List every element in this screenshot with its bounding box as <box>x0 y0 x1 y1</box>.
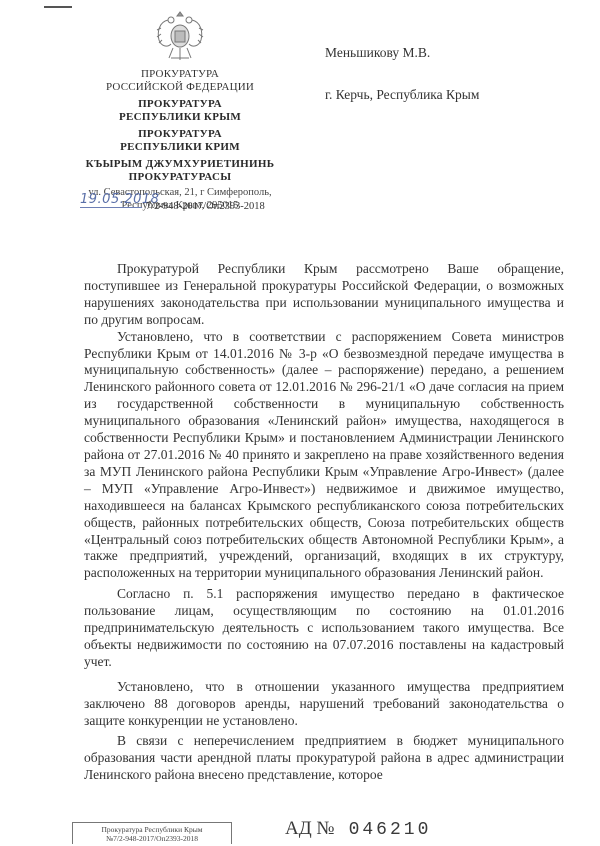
stamp-line: №7/2-948-2017/Оп2393-2018 <box>73 834 231 843</box>
org-line-bold: ПРОКУРАТУРА <box>70 128 290 141</box>
serial-number: 046210 <box>349 820 432 840</box>
form-serial: АД №046210 <box>285 818 431 840</box>
date-underline <box>80 207 142 208</box>
stamp-line: Прокуратура Республики Крым <box>73 825 231 834</box>
body-paragraph: Установлено, что в соответствии с распор… <box>84 329 564 583</box>
recipient-block: Меньшикову М.В. г. Керчь, Республика Кры… <box>325 44 479 104</box>
registration-block: 19.05.2018 7/2-948-2017/Оп2393-2018 <box>80 192 320 222</box>
org-line: РОССИЙСКОЙ ФЕДЕРАЦИИ <box>70 81 290 94</box>
recipient-city: г. Керчь, Республика Крым <box>325 86 479 104</box>
recipient-name: Меньшикову М.В. <box>325 44 479 62</box>
org-line-bold: РЕСПУБЛИКИ КРИМ <box>70 141 290 154</box>
serial-prefix: АД № <box>285 818 335 839</box>
body-paragraph: В связи с неперечислением предприятием в… <box>84 733 564 784</box>
body-paragraph: Согласно п. 5.1 распоряжения имущество п… <box>84 586 564 671</box>
body-paragraph: Прокуратурой Республики Крым рассмотрено… <box>84 261 564 329</box>
org-line: ПРОКУРАТУРА <box>70 68 290 81</box>
org-line-bold: ПРОКУРАТУРАСЫ <box>70 171 290 184</box>
org-line-bold: РЕСПУБЛИКИ КРЫМ <box>70 111 290 124</box>
body-paragraph: Установлено, что в отношении указанного … <box>84 679 564 730</box>
org-line-bold: КЪЫРЫМ ДЖУМХУРИЕТИНИНЬ <box>70 158 290 171</box>
letterhead: ПРОКУРАТУРА РОССИЙСКОЙ ФЕДЕРАЦИИ ПРОКУРА… <box>70 8 290 212</box>
double-headed-eagle-emblem-icon <box>153 8 207 64</box>
scan-mark-line <box>44 6 72 8</box>
reference-number: 7/2-948-2017/Оп2393-2018 <box>146 201 265 212</box>
letter-body: Прокуратурой Республики Крым рассмотрено… <box>84 261 564 784</box>
org-line-bold: ПРОКУРАТУРА <box>70 98 290 111</box>
registration-stamp: Прокуратура Республики Крым №7/2-948-201… <box>72 822 232 844</box>
